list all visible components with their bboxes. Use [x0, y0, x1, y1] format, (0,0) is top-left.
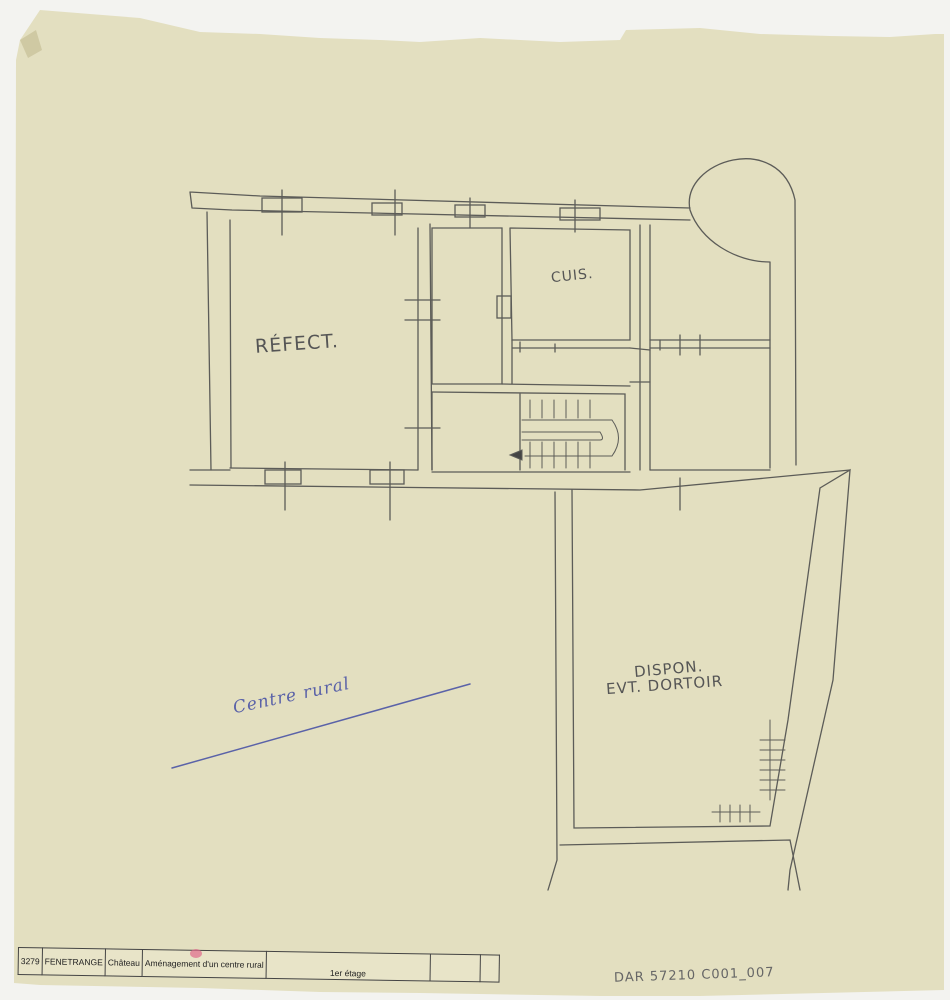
cartouche-building: Château [105, 949, 143, 977]
cartouche-level: 1er étage [266, 951, 430, 981]
cartouche-project: Aménagement d'un centre rural [142, 949, 266, 978]
floor-plan [0, 0, 950, 1000]
dormitory-stairs [712, 720, 785, 822]
cartouche-empty-2 [480, 955, 499, 982]
cartouche-number: 3279 [18, 948, 42, 975]
staircase-lines [510, 400, 619, 468]
red-stamp-mark [190, 949, 202, 958]
cartouche-empty-1 [430, 954, 481, 982]
cartouche-commune: FENETRANGE [42, 948, 106, 976]
